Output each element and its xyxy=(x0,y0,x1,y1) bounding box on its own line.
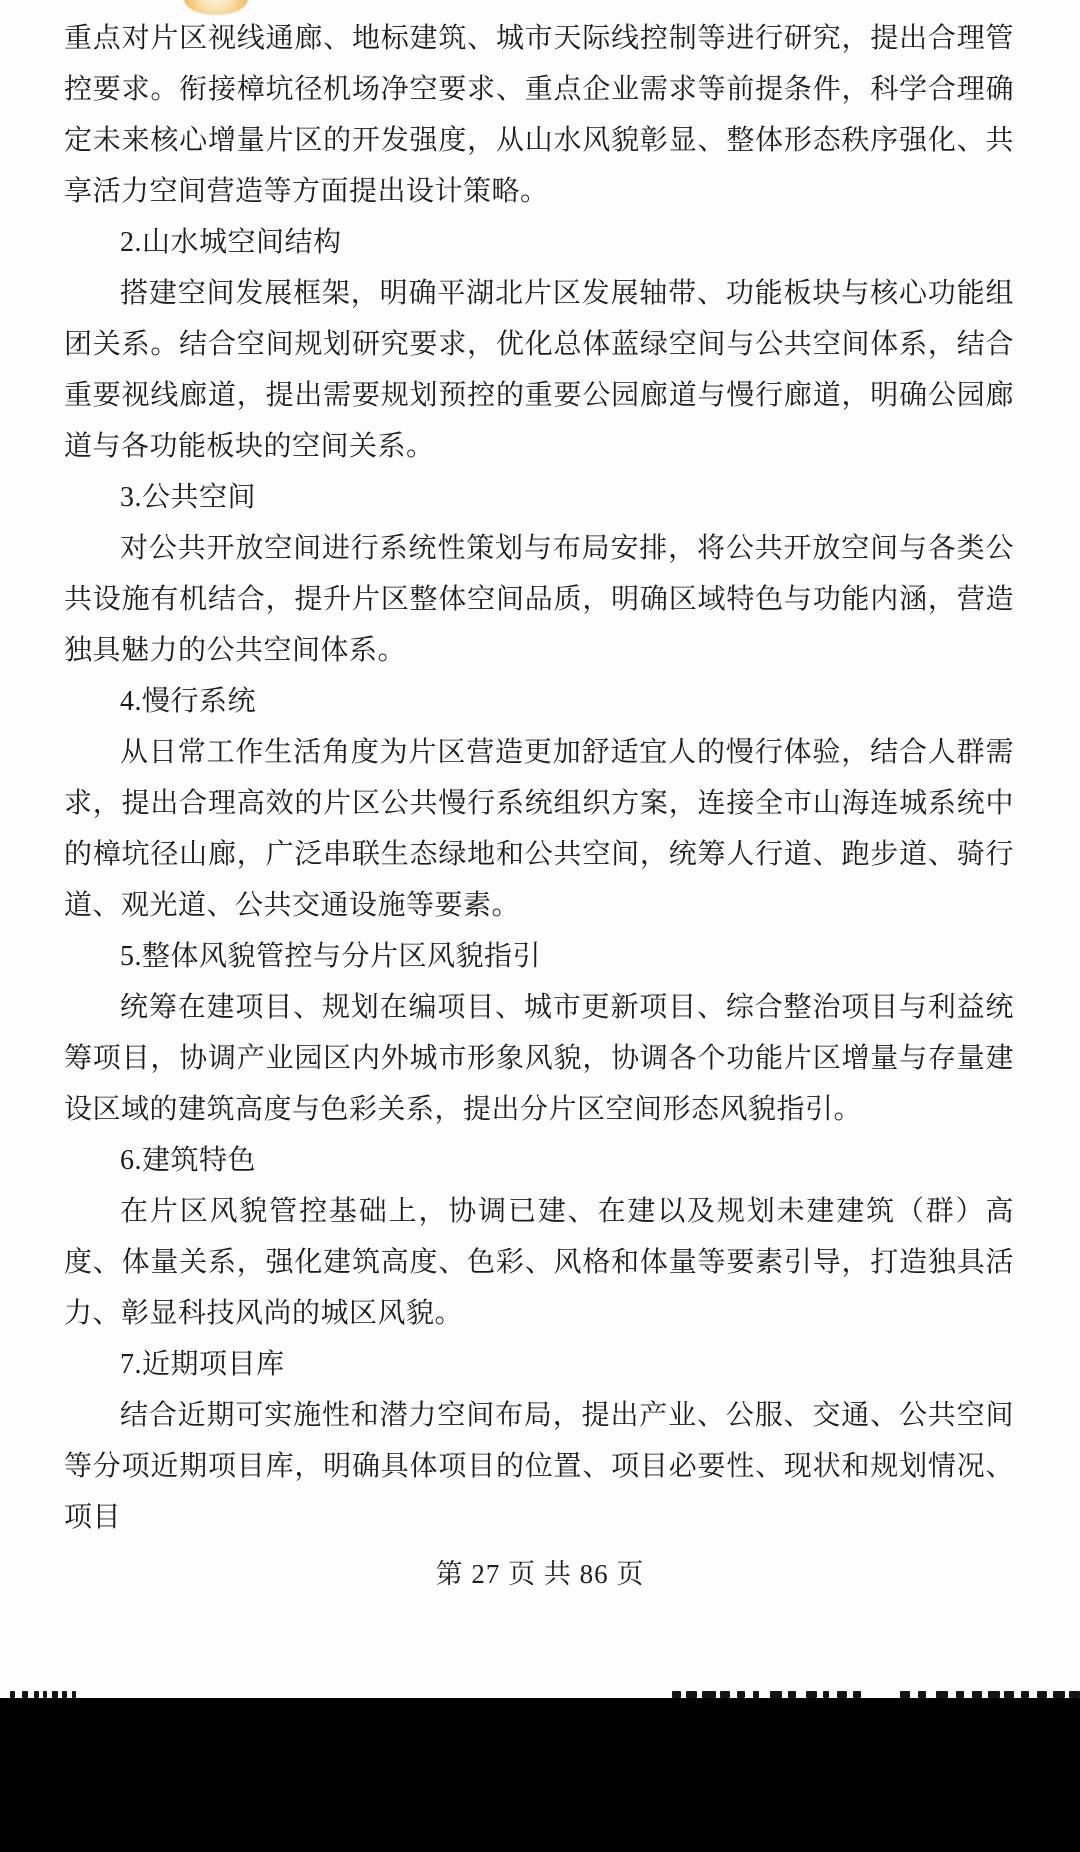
clipped-glyph-fragment xyxy=(936,1691,948,1698)
clipped-glyph-fragment xyxy=(10,1691,15,1698)
paragraph: 搭建空间发展框架，明确平湖北片区发展轴带、功能板块与核心功能组团关系。结合空间规… xyxy=(64,268,1014,472)
paragraph: 在片区风貌管控基础上，协调已建、在建以及规划未建建筑（群）高度、体量关系，强化建… xyxy=(64,1186,1014,1339)
clipped-glyph-fragment xyxy=(702,1691,716,1698)
clipped-glyph-fragment xyxy=(988,1691,1000,1698)
paragraph: 从日常工作生活角度为片区营造更加舒适宜人的慢行体验，结合人群需求，提出合理高效的… xyxy=(64,727,1014,931)
clipped-glyph-fragment xyxy=(1021,1691,1029,1698)
clipped-glyph-fragment xyxy=(672,1691,681,1698)
clipped-glyph-fragment xyxy=(753,1691,759,1698)
bottom-black-bar xyxy=(0,1698,1080,1852)
paragraph: 结合近期可实施性和潜力空间布局，提出产业、公服、交通、公共空间等分项近期项目库，… xyxy=(64,1390,1014,1543)
clipped-glyph-fragment xyxy=(806,1691,817,1698)
clipped-glyph-fragment xyxy=(1069,1691,1080,1698)
clipped-glyph-fragment xyxy=(918,1691,926,1698)
clipped-glyph-fragment xyxy=(737,1691,745,1698)
section-heading: 5.整体风貌管控与分片区风貌指引 xyxy=(64,931,1014,982)
section-heading: 2.山水城空间结构 xyxy=(64,217,1014,268)
clipped-glyph-fragment xyxy=(853,1691,861,1698)
document-page: 重点对片区视线通廊、地标建筑、城市天际线控制等进行研究，提出合理管控要求。衔接樟… xyxy=(0,0,1080,1852)
paragraph: 统筹在建项目、规划在编项目、城市更新项目、综合整治项目与利益统筹项目，协调产业园… xyxy=(64,982,1014,1135)
clipped-glyph-fragment xyxy=(720,1691,730,1698)
clipped-glyph-fragment xyxy=(686,1691,697,1698)
clipped-glyph-fragment xyxy=(823,1691,829,1698)
clipped-glyph-fragment xyxy=(956,1691,964,1698)
section-heading: 4.慢行系统 xyxy=(64,676,1014,727)
clipped-glyph-fragment xyxy=(62,1691,67,1698)
clipped-glyph-fragment xyxy=(43,1691,47,1698)
document-body: 重点对片区视线通廊、地标建筑、城市天际线控制等进行研究，提出合理管控要求。衔接樟… xyxy=(64,13,1014,1543)
section-heading: 6.建筑特色 xyxy=(64,1135,1014,1186)
clipped-glyph-fragment xyxy=(52,1691,58,1698)
clipped-glyph-fragment xyxy=(1037,1691,1047,1698)
clipped-glyph-fragment xyxy=(788,1691,796,1698)
clipped-glyph-fragment xyxy=(770,1691,782,1698)
paragraph: 重点对片区视线通廊、地标建筑、城市天际线控制等进行研究，提出合理管控要求。衔接樟… xyxy=(64,13,1014,217)
clipped-glyph-fragment xyxy=(1053,1691,1065,1698)
clipped-glyph-fragment xyxy=(972,1691,982,1698)
page-number: 第 27 页 共 86 页 xyxy=(0,1558,1080,1590)
clipped-glyph-fragment xyxy=(34,1691,39,1698)
paragraph: 对公共开放空间进行系统性策划与布局安排，将公共开放空间与各类公共设施有机结合，提… xyxy=(64,523,1014,676)
clipped-glyph-fragment xyxy=(837,1691,847,1698)
section-heading: 7.近期项目库 xyxy=(64,1339,1014,1390)
clipped-glyph-fragment xyxy=(72,1691,76,1698)
clipped-glyph-fragment xyxy=(900,1691,910,1698)
clipped-glyph-fragment xyxy=(1004,1691,1014,1698)
section-heading: 3.公共空间 xyxy=(64,472,1014,523)
clipped-glyph-fragment xyxy=(22,1691,28,1698)
